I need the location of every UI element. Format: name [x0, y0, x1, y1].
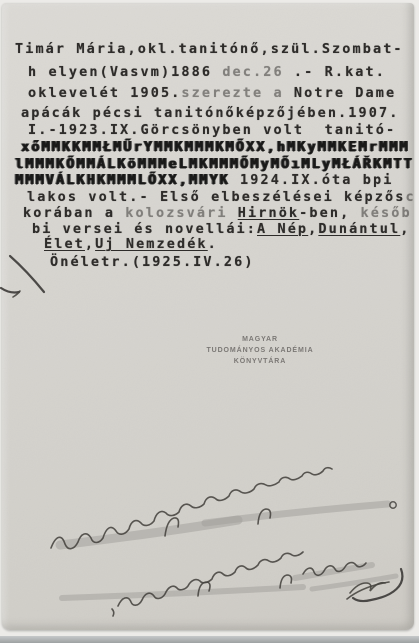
typed-line: lakos volt.- Első elbeszélései képzősc [27, 189, 416, 205]
card-paper: Timár Mária,okl.tanitónő,szül.Szombat- h… [2, 3, 414, 630]
scanner-background [0, 636, 419, 643]
library-stamp: MAGYAR TUDOMÁNYOS AKADÉMIA KÖNYVTÁRA [192, 334, 328, 367]
overstruck-line: lMMMKŐMMÁLKöMMMeLMKMMMŐMyMŐıMLyMŁÁŘKMTT [15, 156, 414, 172]
typed-line: MMMVÁLKHKMMMLŐXX,MMYK 1924.IX.óta bpi [15, 172, 393, 188]
stamp-line: KÖNYVTÁRA [192, 356, 328, 367]
typed-text-segment: c [405, 189, 415, 205]
typed-line: I.-1923.IX.Görcsönyben volt tanitó- [28, 122, 396, 138]
typed-text-segment: h elyen(Vasvm)1886 [28, 64, 222, 80]
typed-text-segment: korában a [23, 205, 125, 221]
autobiography-ref-line: Önéletr.(1925.IV.26) [50, 254, 255, 270]
typed-text-segment: lakos volt.- Első elbeszélései képzős [27, 189, 405, 205]
scanned-card: Timár Mária,okl.tanitónő,szül.Szombat- h… [0, 0, 419, 643]
typed-text-segment: szerezte a [181, 85, 283, 101]
typed-text-segment: későb [361, 205, 412, 221]
typed-text-segment: oklevelét 1905. [28, 85, 181, 101]
typed-text-segment: , [308, 221, 318, 237]
typed-text-segment: dec.26 [222, 64, 283, 80]
overstruck-line: xőMMKKMMŁMŰrYMMKMMMKMŐXX,hMKyMMKEMrMMM [21, 139, 410, 155]
typed-text-segment: . [208, 236, 218, 252]
underlined-title: Uj Nemzedék [95, 236, 208, 252]
typed-line: oklevelét 1905.szerezte a Notre Dame [28, 85, 396, 101]
stamp-line: MAGYAR [192, 334, 328, 345]
stamp-line: TUDOMÁNYOS AKADÉMIA [192, 345, 328, 356]
typed-text-segment: Timár Mária,okl.tanitónő,szül.Szombat- [15, 41, 404, 57]
overstruck-text: MMMVÁLKHKMMMLŐXX,MMYK [15, 172, 230, 188]
overstruck-text: xőMMKKMMŁMŰrYMMKMMMKMŐXX,hMKyMMKEMrMMM [21, 139, 410, 155]
typed-line: bi versei és novellái:A Nép,Dunántul, [32, 221, 410, 237]
typed-text-segment [228, 205, 238, 221]
typed-line: Élet,Uj Nemzedék. [44, 236, 218, 252]
typed-text-segment: 1924.IX.óta bpi [230, 172, 394, 188]
typed-text-segment: I.-1923.IX.Görcsönyben volt tanitó- [28, 122, 396, 138]
typed-text-segment: , [400, 221, 410, 237]
overstruck-text: lMMMKŐMMÁLKöMMMeLMKMMMŐMyMŐıMLyMŁÁŘKMTT [15, 156, 414, 172]
typed-line: Timár Mária,okl.tanitónő,szül.Szombat- [15, 41, 404, 57]
typed-text-segment: kolozsvári [125, 205, 227, 221]
typed-text-segment: bi versei és novellái: [32, 221, 257, 237]
typed-text-segment: apácák pécsi tanitónőképzőjében.1907. [21, 105, 399, 121]
underlined-title: A Nép [257, 221, 308, 237]
typed-line: apácák pécsi tanitónőképzőjében.1907. [21, 105, 399, 121]
typed-text-segment: .- R.kat. [284, 64, 386, 80]
underlined-title: Dunántul [318, 221, 400, 237]
underlined-title: Hirnök [238, 205, 299, 221]
typed-text-segment: , [85, 236, 95, 252]
typed-text-segment: Notre Dame [284, 85, 397, 101]
typed-line: korában a kolozsvári Hirnök-ben, későb [23, 205, 412, 221]
typed-line: h elyen(Vasvm)1886 dec.26 .- R.kat. [28, 64, 386, 80]
underlined-title: Élet [44, 236, 85, 252]
typed-text-segment: -ben, [299, 205, 360, 221]
